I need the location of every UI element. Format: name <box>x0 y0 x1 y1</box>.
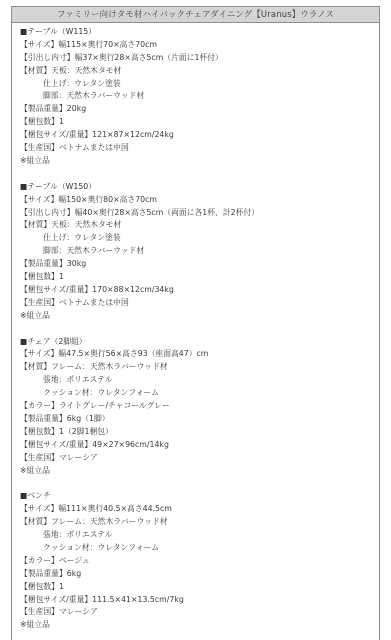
spec-line-origin: 【生産国】マレーシア <box>20 606 375 619</box>
spec-line-upholstery: 張地：ポリエステル <box>20 529 375 542</box>
section-title: ■テーブル（W150） <box>20 181 375 194</box>
spec-line-size: 【サイズ】幅115×奥行70×高さ70cm <box>20 39 375 52</box>
spec-line-packages: 【梱包数】1（2脚1梱包） <box>20 426 375 439</box>
spec-line-cushion: クッション材：ウレタンフォーム <box>20 542 375 555</box>
spec-line-material: 【材質】フレーム：天然木ラバーウッド材 <box>20 516 375 529</box>
spec-line-upholstery: 張地：ポリエステル <box>20 374 375 387</box>
spec-line-drawer: 【引出し内寸】幅37×奥行28×高さ5cm（片面に1杯付） <box>20 52 375 65</box>
section-bench: ■ベンチ 【サイズ】幅111×奥行40.5×高さ44.5cm 【材質】フレーム：… <box>20 490 375 632</box>
spec-line-packages: 【梱包数】1 <box>20 271 375 284</box>
spec-line-material: 【材質】天板：天然木タモ材 <box>20 219 375 232</box>
spec-line-origin: 【生産国】ベトナムまたは中国 <box>20 297 375 310</box>
spec-line-assembly-note: ※組立品 <box>20 310 375 323</box>
spec-line-legs: 脚部：天然木ラバーウッド材 <box>20 90 375 103</box>
spec-table-header: ファミリー向けタモ材ハイバックチェアダイニング【Uranus】ウラノス <box>11 6 380 23</box>
spec-line-weight: 【製品重量】6kg（1脚） <box>20 413 375 426</box>
spec-line-color: 【カラー】ベージュ <box>20 555 375 568</box>
spec-line-weight: 【製品重量】30kg <box>20 258 375 271</box>
spec-line-package-size: 【梱包サイズ/重量】170×88×12cm/34kg <box>20 284 375 297</box>
spec-line-package-size: 【梱包サイズ/重量】49×27×96cm/14kg <box>20 439 375 452</box>
section-title: ■テーブル（W115） <box>20 26 375 39</box>
spec-line-material: 【材質】フレーム：天然木ラバーウッド材 <box>20 361 375 374</box>
spec-line-material: 【材質】天板：天然木タモ材 <box>20 65 375 78</box>
spec-line-cushion: クッション材：ウレタンフォーム <box>20 387 375 400</box>
spec-line-packages: 【梱包数】1 <box>20 581 375 594</box>
spec-line-origin: 【生産国】ベトナムまたは中国 <box>20 142 375 155</box>
spec-line-size: 【サイズ】幅111×奥行40.5×高さ44.5cm <box>20 503 375 516</box>
spec-line-size: 【サイズ】幅47.5×奥行56×高さ93（座面高47）cm <box>20 348 375 361</box>
spec-line-size: 【サイズ】幅150×奥行80×高さ70cm <box>20 194 375 207</box>
spec-line-origin: 【生産国】マレーシア <box>20 452 375 465</box>
section-title: ■ベンチ <box>20 490 375 503</box>
spec-line-finish: 仕上げ：ウレタン塗装 <box>20 78 375 91</box>
spec-line-assembly-note: ※組立品 <box>20 619 375 632</box>
spec-line-finish: 仕上げ：ウレタン塗装 <box>20 232 375 245</box>
spec-line-assembly-note: ※組立品 <box>20 155 375 168</box>
spec-line-assembly-note: ※組立品 <box>20 465 375 478</box>
spec-line-legs: 脚部：天然木ラバーウッド材 <box>20 245 375 258</box>
spec-line-drawer: 【引出し内寸】幅40×奥行28×高さ5cm（両面に各1杯、計2杯付） <box>20 207 375 220</box>
section-table-w115: ■テーブル（W115） 【サイズ】幅115×奥行70×高さ70cm 【引出し内寸… <box>20 26 375 168</box>
spec-line-color: 【カラー】ライトグレー/チャコールグレー <box>20 400 375 413</box>
section-table-w150: ■テーブル（W150） 【サイズ】幅150×奥行80×高さ70cm 【引出し内寸… <box>20 181 375 323</box>
spec-line-packages: 【梱包数】1 <box>20 116 375 129</box>
spec-line-weight: 【製品重量】6kg <box>20 568 375 581</box>
section-chair: ■チェア（2脚組） 【サイズ】幅47.5×奥行56×高さ93（座面高47）cm … <box>20 336 375 478</box>
spec-line-package-size: 【梱包サイズ/重量】111.5×41×13.5cm/7kg <box>20 594 375 607</box>
spec-line-package-size: 【梱包サイズ/重量】121×87×12cm/24kg <box>20 129 375 142</box>
section-title: ■チェア（2脚組） <box>20 336 375 349</box>
spec-content: ■テーブル（W115） 【サイズ】幅115×奥行70×高さ70cm 【引出し内寸… <box>20 26 375 640</box>
spec-line-weight: 【製品重量】20kg <box>20 103 375 116</box>
